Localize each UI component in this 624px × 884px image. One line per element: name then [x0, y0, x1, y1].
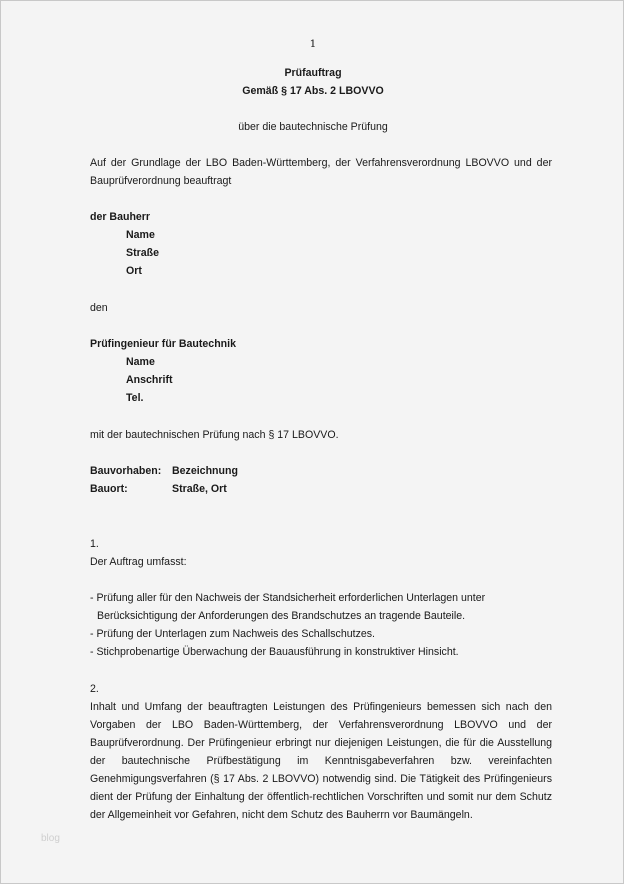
- bauvorhaben-row: Bauvorhaben: Bezeichnung: [90, 465, 290, 478]
- pruefingenieur-field-name: Name: [126, 356, 155, 369]
- page-number: 1: [1, 38, 624, 51]
- bauvorhaben-value: Bezeichnung: [172, 465, 238, 478]
- connector-text: den: [90, 302, 108, 315]
- pruefingenieur-heading: Prüfingenieur für Bautechnik: [90, 338, 236, 351]
- section-2-line: Vorgaben der LBO Baden-Württemberg, der …: [90, 719, 552, 732]
- document-intro: über die bautechnische Prüfung: [1, 121, 624, 134]
- section-1-number: 1.: [90, 538, 99, 551]
- section-2-line: Inhalt und Umfang der beauftragten Leist…: [90, 701, 552, 714]
- bauort-label: Bauort:: [90, 483, 128, 495]
- bauvorhaben-label: Bauvorhaben:: [90, 465, 161, 477]
- section-2-line: der bautechnische Prüfbestätigung im Ken…: [90, 755, 552, 768]
- section-1-item-continuation: Berücksichtigung der Anforderungen des B…: [97, 610, 465, 623]
- section-2-line: dient der Prüfung der Einhaltung der öff…: [90, 791, 552, 804]
- document-page: 1 Prüfauftrag Gemäß § 17 Abs. 2 LBOVVO ü…: [0, 0, 624, 884]
- section-2-line: der Allgemeinheit vor Gefahren, nicht de…: [90, 809, 473, 822]
- section-2-line: Bauprüfverordnung. Der Prüfingenieur erb…: [90, 737, 552, 750]
- preamble-line-2: Bauprüfverordnung beauftragt: [90, 175, 231, 188]
- bauort-value: Straße, Ort: [172, 483, 227, 496]
- bauherr-field-name: Name: [126, 229, 155, 242]
- mandate-text: mit der bautechnischen Prüfung nach § 17…: [90, 429, 339, 442]
- section-2-number: 2.: [90, 683, 99, 696]
- section-1-item: - Prüfung aller für den Nachweis der Sta…: [90, 592, 485, 605]
- section-1-item: - Prüfung der Unterlagen zum Nachweis de…: [90, 628, 375, 641]
- preamble-line-1: Auf der Grundlage der LBO Baden-Württemb…: [90, 157, 552, 170]
- section-1-item: - Stichprobenartige Überwachung der Baua…: [90, 646, 459, 659]
- bauherr-field-ort: Ort: [126, 265, 142, 278]
- section-2-line: Genehmigungsverfahren (§ 17 Abs. 2 LBOVV…: [90, 773, 552, 786]
- watermark: blog: [41, 833, 60, 844]
- bauherr-heading: der Bauherr: [90, 211, 150, 224]
- pruefingenieur-field-tel: Tel.: [126, 392, 143, 405]
- document-title: Prüfauftrag: [1, 67, 624, 80]
- document-subtitle: Gemäß § 17 Abs. 2 LBOVVO: [1, 85, 624, 98]
- pruefingenieur-field-anschrift: Anschrift: [126, 374, 173, 387]
- bauort-row: Bauort: Straße, Ort: [90, 483, 290, 496]
- section-1-intro: Der Auftrag umfasst:: [90, 556, 187, 569]
- bauherr-field-strasse: Straße: [126, 247, 159, 260]
